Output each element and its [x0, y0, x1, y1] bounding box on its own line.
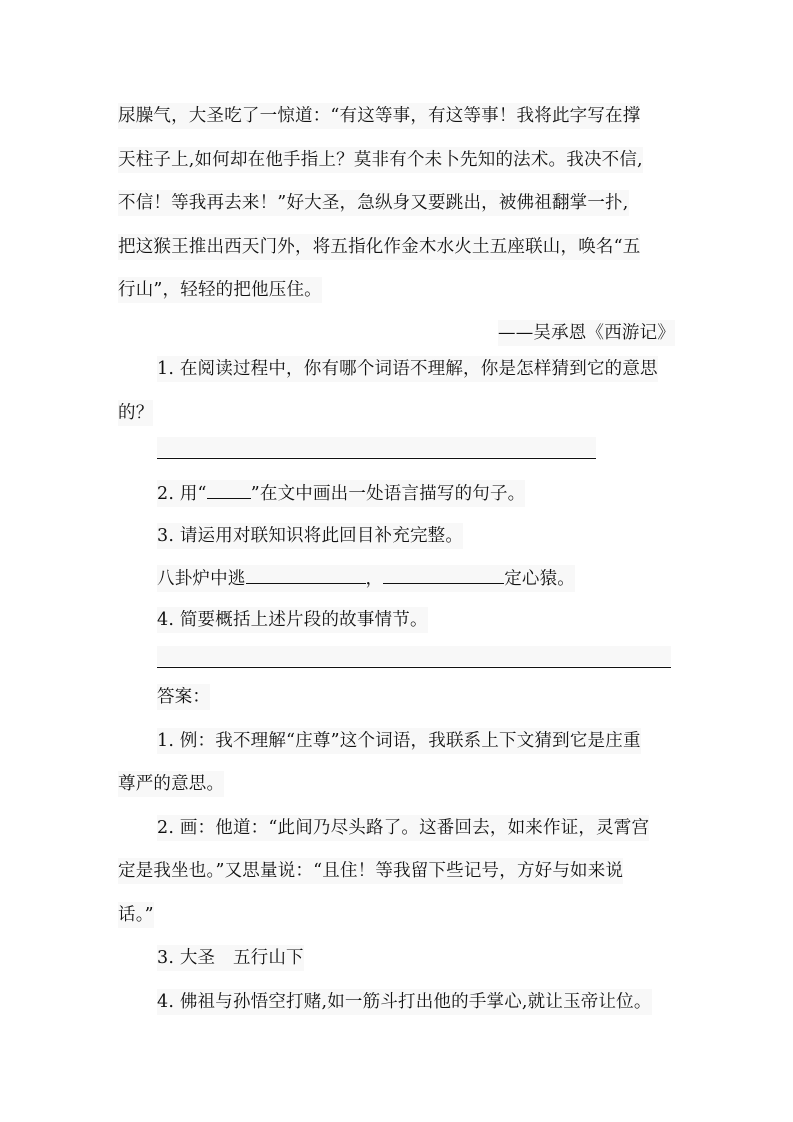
passage-line: 不信！等我再去来！”好大圣，急纵身又要跳出，被佛祖翻掌一扑, [118, 190, 629, 216]
fill-suffix: 定心猿。 [504, 569, 575, 589]
answer-2-cont: 话。” [118, 902, 154, 928]
answer-line-1[interactable] [157, 458, 596, 459]
fill-blank-2[interactable] [383, 565, 504, 584]
underline-sample [207, 480, 251, 499]
answer-1: 1. 例：我不理解“庄尊”这个词语，我联系上下文猜到它是庄重 [157, 728, 641, 754]
passage-line: 尿臊气，大圣吃了一惊道：“有这等事，有这等事！我将此字写在撑 [118, 103, 640, 129]
question-4: 4. 简要概括上述片段的故事情节。 [157, 607, 428, 633]
fill-blank-1[interactable] [246, 565, 366, 584]
fill-prefix: 八卦炉中逃 [157, 569, 246, 589]
answers-heading: 答案： [157, 684, 210, 710]
answer-2: 2. 画：他道：“此间乃尽头路了。这番回去，如来作证，灵霄宫 [157, 815, 649, 841]
answer-line-bg [157, 437, 596, 457]
question-2: 2. 用“”在文中画出一处语言描写的句子。 [157, 480, 525, 507]
question-1-cont: 的？ [118, 400, 153, 426]
passage-attribution: ——吴承恩《西游记》 [498, 320, 675, 346]
answer-4: 4. 佛祖与孙悟空打赌,如一筋斗打出他的手掌心,就让玉帝让位。 [157, 989, 652, 1015]
answer-1-cont: 尊严的意思。 [118, 771, 224, 797]
passage-line: 把这猴王推出西天门外，将五指化作金木水火土五座联山，唤名“五 [118, 234, 640, 260]
answer-line-4[interactable] [157, 667, 671, 668]
question-1: 1. 在阅读过程中，你有哪个词语不理解，你是怎样猜到它的意思 [157, 356, 658, 382]
passage-line: 行山”，轻轻的把他压住。 [118, 277, 322, 303]
answer-2-cont: 定是我坐也。”又思量说：“且住！等我留下些记号，方好与如来说 [118, 858, 623, 884]
answer-line-bg [157, 646, 671, 666]
question-2-prefix: 2. 用“ [157, 484, 207, 504]
answer-3: 3. 大圣 五行山下 [157, 945, 304, 971]
question-3-fill: 八卦炉中逃，定心猿。 [157, 565, 575, 592]
fill-comma: ， [366, 569, 384, 589]
passage-line: 天柱子上,如何却在他手指上？莫非有个未卜先知的法术。我决不信, [118, 147, 643, 173]
question-2-suffix: ”在文中画出一处语言描写的句子。 [251, 484, 526, 504]
question-3: 3. 请运用对联知识将此回目补充完整。 [157, 523, 463, 549]
